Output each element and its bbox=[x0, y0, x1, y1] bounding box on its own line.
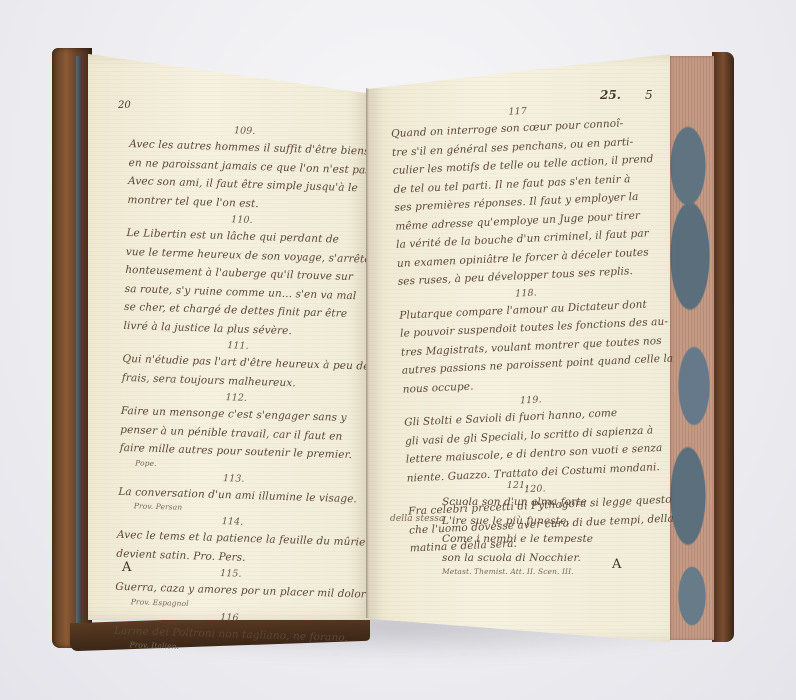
left-page-text: 109. Avec les autres hommes il suffit d'… bbox=[113, 120, 360, 657]
attribution: Metast. Themist. Att. II. Scen. III. bbox=[390, 567, 645, 577]
verse-line: son la scuola di Nocchier. bbox=[390, 549, 645, 568]
margin-note: della stessa bbox=[390, 510, 444, 529]
left-page-number: 20 bbox=[118, 100, 131, 111]
left-leather-cover bbox=[52, 48, 92, 648]
verse-line: Scuola son d'un alma forte bbox=[390, 493, 645, 512]
right-page-poem: 121. della stessa Scuola son d'un alma f… bbox=[390, 478, 645, 577]
left-signature-mark: A bbox=[122, 560, 131, 575]
folio-mark: 5 bbox=[645, 88, 653, 102]
right-leather-cover bbox=[712, 52, 734, 642]
entry-number: 121. bbox=[390, 478, 645, 493]
marbled-fore-edge bbox=[668, 56, 714, 640]
verse-line: Come i nembi e le tempeste bbox=[390, 530, 645, 549]
right-signature-mark: A bbox=[612, 557, 621, 572]
book-gutter bbox=[366, 88, 369, 618]
